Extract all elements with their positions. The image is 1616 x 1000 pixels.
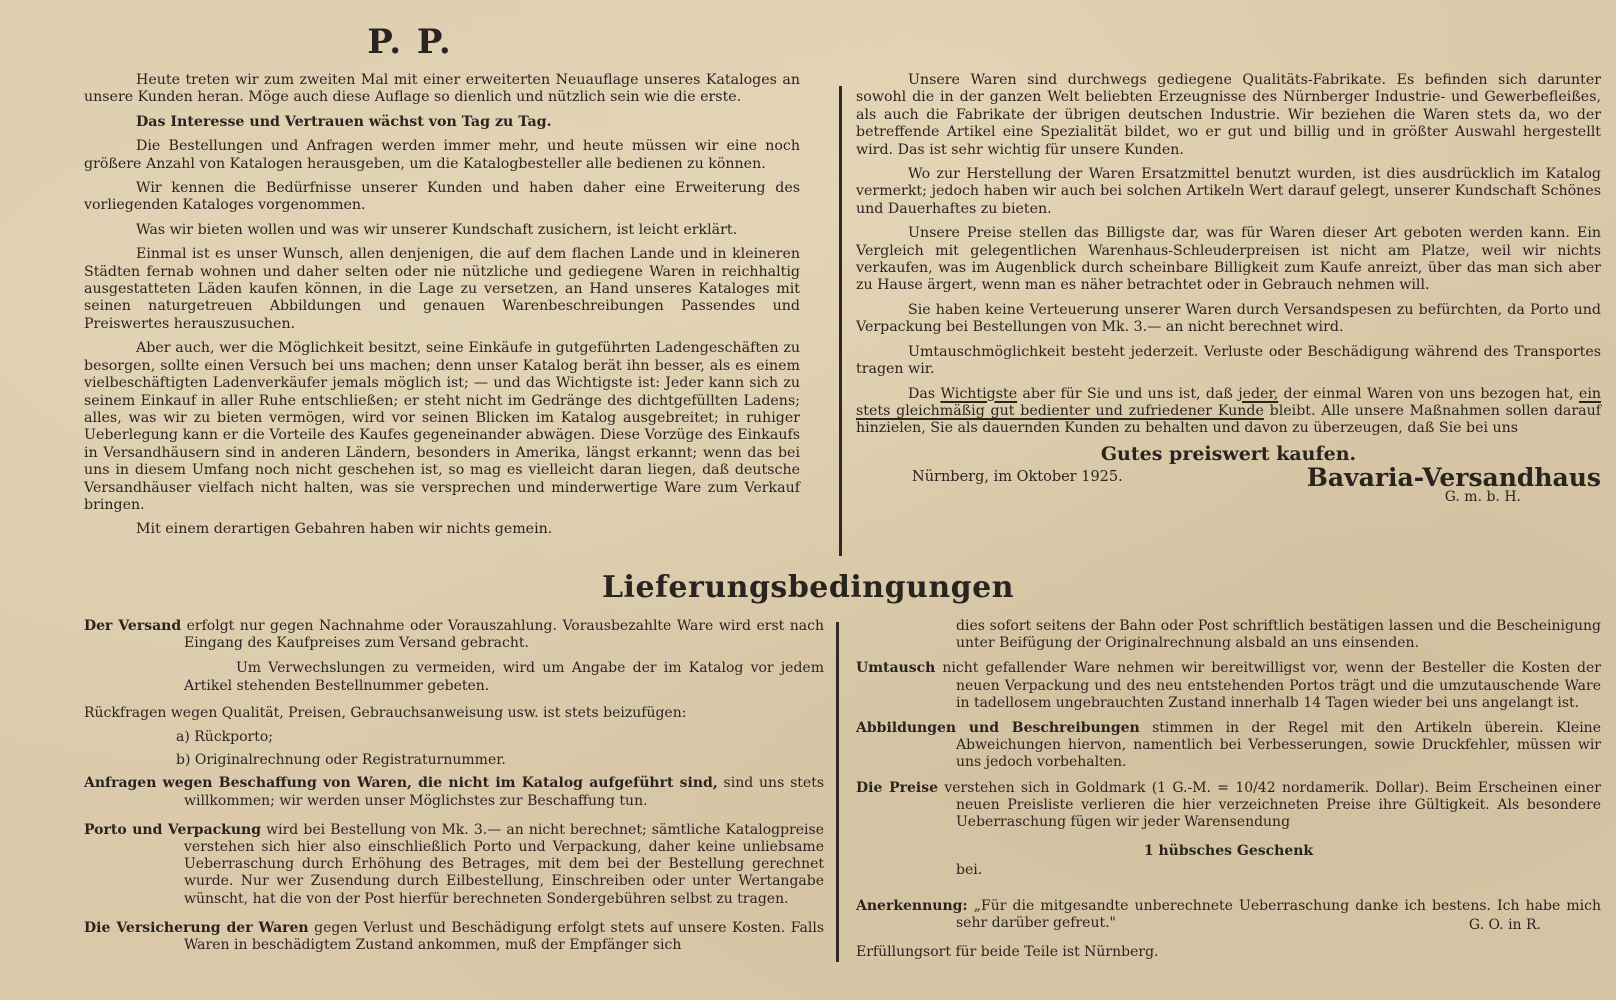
terms-images: Abbildungen und Beschreibungen stimmen i…: [856, 720, 1601, 772]
terms-insurance-continued: dies sofort seitens der Bahn oder Post s…: [856, 618, 1601, 652]
intro-paragraph: Die Bestellungen und Anfragen werden imm…: [84, 138, 800, 173]
terms-exchange: Umtausch nicht gefallender Ware nehmen w…: [856, 660, 1601, 712]
signature-row: Nürnberg, im Oktober 1925. Bavaria-Versa…: [856, 469, 1601, 486]
intro-paragraph: Unsere Waren sind durchwegs gediegene Qu…: [856, 72, 1601, 159]
terms-right-column: dies sofort seitens der Bahn oder Post s…: [856, 618, 1601, 968]
intro-paragraph: Was wir bieten wollen und was wir unsere…: [84, 222, 800, 239]
slogan: Gutes preiswert kaufen.: [856, 446, 1601, 463]
terms-inquiries-item: a) Rückporto;: [84, 729, 824, 746]
intro-paragraph: Umtauschmöglichkeit besteht jederzeit. V…: [856, 344, 1601, 379]
intro-paragraph: Sie haben keine Verteuerung unserer Ware…: [856, 302, 1601, 337]
terms-postage: Porto und Verpackung wird bei Bestellung…: [84, 822, 824, 908]
terms-insurance: Die Versicherung der Waren gegen Verlust…: [84, 920, 824, 954]
intro-paragraph: Mit einem derartigen Gebahren haben wir …: [84, 521, 800, 538]
intro-heading: Das Interesse und Vertrauen wächst von T…: [84, 114, 800, 131]
company-suffix: G. m. b. H.: [856, 489, 1601, 506]
intro-paragraph: Heute treten wir zum zweiten Mal mit ein…: [84, 72, 800, 107]
page-title: P. P.: [0, 22, 820, 62]
intro-left-column: Heute treten wir zum zweiten Mal mit ein…: [84, 72, 800, 546]
column-divider: [836, 622, 839, 962]
intro-paragraph: Wo zur Herstellung der Waren Ersatzmitte…: [856, 166, 1601, 218]
important-paragraph: Das Wichtigste aber für Sie und uns ist,…: [856, 386, 1601, 438]
column-divider: [839, 86, 842, 556]
intro-paragraph: Einmal ist es unser Wunsch, allen denjen…: [84, 246, 800, 333]
terms-sourcing: Anfragen wegen Beschaffung von Waren, di…: [84, 775, 824, 809]
intro-paragraph: Wir kennen die Bedürfnisse unserer Kunde…: [84, 180, 800, 215]
gift-line: 1 hübsches Geschenk: [856, 843, 1601, 860]
intro-paragraph: Aber auch, wer die Möglichkeit besitzt, …: [84, 340, 800, 514]
terms-prices: Die Preise verstehen sich in Goldmark (1…: [856, 780, 1601, 832]
terms-jurisdiction: Erfüllungsort für beide Teile ist Nürnbe…: [856, 944, 1601, 961]
terms-inquiries: Rückfragen wegen Qualität, Preisen, Gebr…: [84, 705, 824, 722]
terms-shipping: Der Versand erfolgt nur gegen Nachnahme …: [84, 618, 824, 652]
catalog-page: P. P. Heute treten wir zum zweiten Mal m…: [0, 0, 1616, 1000]
terms-order-number: Um Verwechslungen zu vermeiden, wird um …: [84, 660, 824, 694]
terms-title: Lieferungsbedingungen: [0, 570, 1616, 605]
gift-after: bei.: [856, 862, 1601, 879]
place-date: Nürnberg, im Oktober 1925.: [856, 469, 1123, 486]
terms-left-column: Der Versand erfolgt nur gegen Nachnahme …: [84, 618, 824, 962]
intro-paragraph: Unsere Preise stellen das Billigste dar,…: [856, 225, 1601, 295]
intro-right-column: Unsere Waren sind durchwegs gediegene Qu…: [856, 72, 1601, 506]
terms-inquiries-item: b) Originalrechnung oder Registraturnumm…: [84, 752, 824, 769]
company-name: Bavaria-Versandhaus: [1307, 469, 1601, 486]
